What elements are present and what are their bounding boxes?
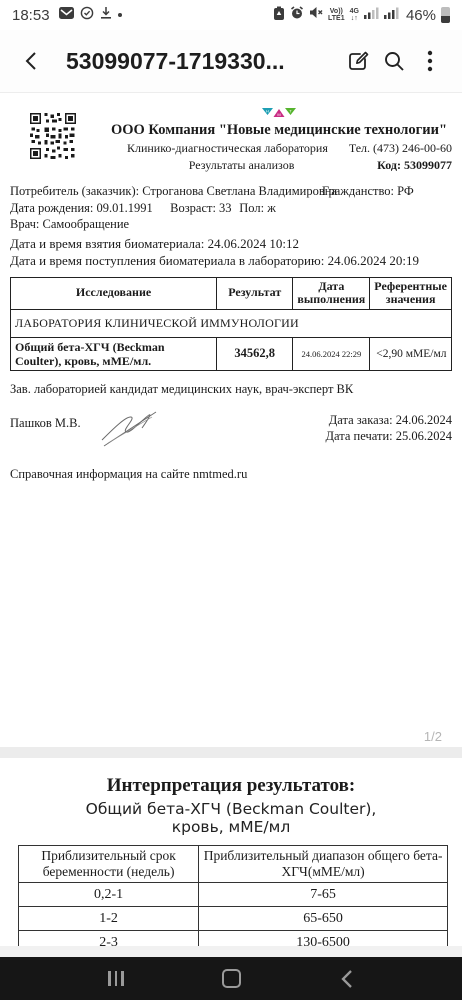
col-header-date: Дата выполнения: [293, 277, 370, 309]
signal-icon: [364, 6, 379, 24]
signer-title: Зав. лабораторией кандидат медицинских н…: [10, 382, 452, 397]
order-code: Код: 53099077: [377, 158, 452, 173]
range-value: 130-6500: [199, 931, 448, 947]
nmt-logo: Н М Т: [106, 107, 452, 120]
interpretation-table: Приблизительный срок беременности (недел…: [18, 845, 448, 946]
weeks-value: 2-3: [19, 931, 199, 947]
col-header-result: Результат: [217, 277, 293, 309]
table-row: Общий бета-ХГЧ (Beckman Coulter), кровь,…: [11, 337, 452, 370]
section-row: ЛАБОРАТОРИЯ КЛИНИЧЕСКОЙ ИММУНОЛОГИИ: [11, 309, 452, 337]
sample-taken-datetime: Дата и время взятия биоматериала: 24.06.…: [10, 235, 452, 253]
interpretation-subtitle-1: Общий бета-ХГЧ (Beckman Coulter),: [0, 800, 462, 818]
edit-icon[interactable]: [340, 43, 376, 79]
battery-icon: [441, 7, 450, 23]
app-header: 53099077-1719330...: [0, 30, 462, 93]
document-title: 53099077-1719330...: [66, 48, 340, 75]
nav-back-icon[interactable]: [326, 964, 366, 994]
table-row: 0,2-1 7-65: [19, 883, 448, 907]
qr-code: [30, 113, 76, 159]
test-date: 24.06.2024 22:29: [293, 337, 370, 370]
reference-info-footer: Справочная информация на сайте nmtmed.ru: [10, 467, 452, 482]
range-value: 65-650: [199, 907, 448, 931]
org-phone: Тел. (473) 246-00-60: [349, 141, 452, 156]
alarm-icon: [290, 6, 304, 25]
handwritten-signature: [92, 406, 170, 452]
lab-section-title: ЛАБОРАТОРИЯ КЛИНИЧЕСКОЙ ИММУНОЛОГИИ: [11, 309, 452, 337]
signature-block: Пашков М.В. Дата заказа: 24.06.2024 Дата…: [10, 410, 452, 454]
sex: Пол: ж: [239, 201, 276, 215]
org-subtitle-results: Результаты анализов: [106, 158, 377, 173]
volte-bottom: LTE1: [328, 15, 345, 22]
document-page-1[interactable]: Н М Т ООО Компания "Новые медицинские те…: [0, 93, 462, 747]
back-icon[interactable]: [14, 43, 50, 79]
col-header-range: Приблизительный диапазон общего бета-ХГЧ…: [199, 846, 448, 883]
battery-percentage: 46%: [406, 7, 436, 24]
mute-icon: [309, 6, 323, 24]
patient-info: Потребитель (заказчик): Строганова Светл…: [10, 183, 452, 270]
battery-saver-icon: [273, 6, 285, 25]
col-header-study: Исследование: [11, 277, 217, 309]
col-header-weeks: Приблизительный срок беременности (недел…: [19, 846, 199, 883]
range-value: 7-65: [199, 883, 448, 907]
page-separator: [0, 747, 462, 758]
page-indicator: 1/2: [424, 729, 442, 744]
volte-top: Vo)): [330, 8, 343, 15]
test-name: Общий бета-ХГЧ (Beckman Coulter), кровь,…: [11, 337, 217, 370]
interpretation-header-row: Приблизительный срок беременности (недел…: [19, 846, 448, 883]
svg-text:М: М: [277, 112, 280, 117]
results-table: Исследование Результат Дата выполнения Р…: [10, 277, 452, 371]
citizenship: Гражданство: РФ: [322, 183, 414, 200]
results-table-header-row: Исследование Результат Дата выполнения Р…: [11, 277, 452, 309]
gmail-icon: [59, 6, 74, 24]
download-icon: [100, 6, 112, 24]
more-icon[interactable]: [412, 43, 448, 79]
customer-name: Потребитель (заказчик): Строганова Светл…: [10, 184, 337, 198]
document-page-2[interactable]: Интерпретация результатов: Общий бета-ХГ…: [0, 758, 462, 946]
signer-name: Пашков М.В.: [10, 416, 81, 431]
interpretation-subtitle-2: кровь, мМЕ/мл: [0, 818, 462, 836]
weeks-value: 1-2: [19, 907, 199, 931]
status-bar: 18:53 Vo)) LTE1 4G ↓↑: [0, 0, 462, 30]
table-row: 2-3 130-6500: [19, 931, 448, 947]
search-icon[interactable]: [376, 43, 412, 79]
bottom-strip: [0, 946, 462, 957]
home-icon[interactable]: [211, 964, 251, 994]
test-reference: <2,90 мМЕ/мл: [370, 337, 452, 370]
signal-icon-2: [384, 6, 399, 24]
clock: 18:53: [12, 7, 50, 24]
volte-indicator: Vo)) LTE1: [328, 8, 345, 22]
weeks-value: 0,2-1: [19, 883, 199, 907]
sample-received-datetime: Дата и время поступления биоматериала в …: [10, 252, 452, 270]
birth-date: Дата рождения: 09.01.1991: [10, 200, 167, 217]
notification-dot: [118, 13, 122, 17]
organization-name: ООО Компания "Новые медицинские технолог…: [106, 122, 452, 139]
network-indicator: 4G ↓↑: [350, 8, 359, 22]
network-arrows: ↓↑: [351, 15, 358, 22]
test-result: 34562,8: [217, 337, 293, 370]
print-date: Дата печати: 25.06.2024: [326, 428, 452, 444]
navigation-bar: [0, 957, 462, 1000]
network-type: 4G: [350, 8, 359, 15]
org-subtitle-lab: Клинико-диагностическая лаборатория: [106, 141, 349, 156]
table-row: 1-2 65-650: [19, 907, 448, 931]
alarm-check-icon: [80, 6, 94, 25]
recents-icon[interactable]: [96, 964, 136, 994]
svg-text:Н: Н: [266, 109, 269, 114]
order-date: Дата заказа: 24.06.2024: [326, 412, 452, 428]
doctor: Врач: Самообращение: [10, 216, 452, 233]
interpretation-title: Интерпретация результатов:: [0, 775, 462, 797]
col-header-reference: Референтные значения: [370, 277, 452, 309]
document-header: Н М Т ООО Компания "Новые медицинские те…: [10, 107, 452, 183]
age: Возраст: 33: [170, 200, 236, 217]
